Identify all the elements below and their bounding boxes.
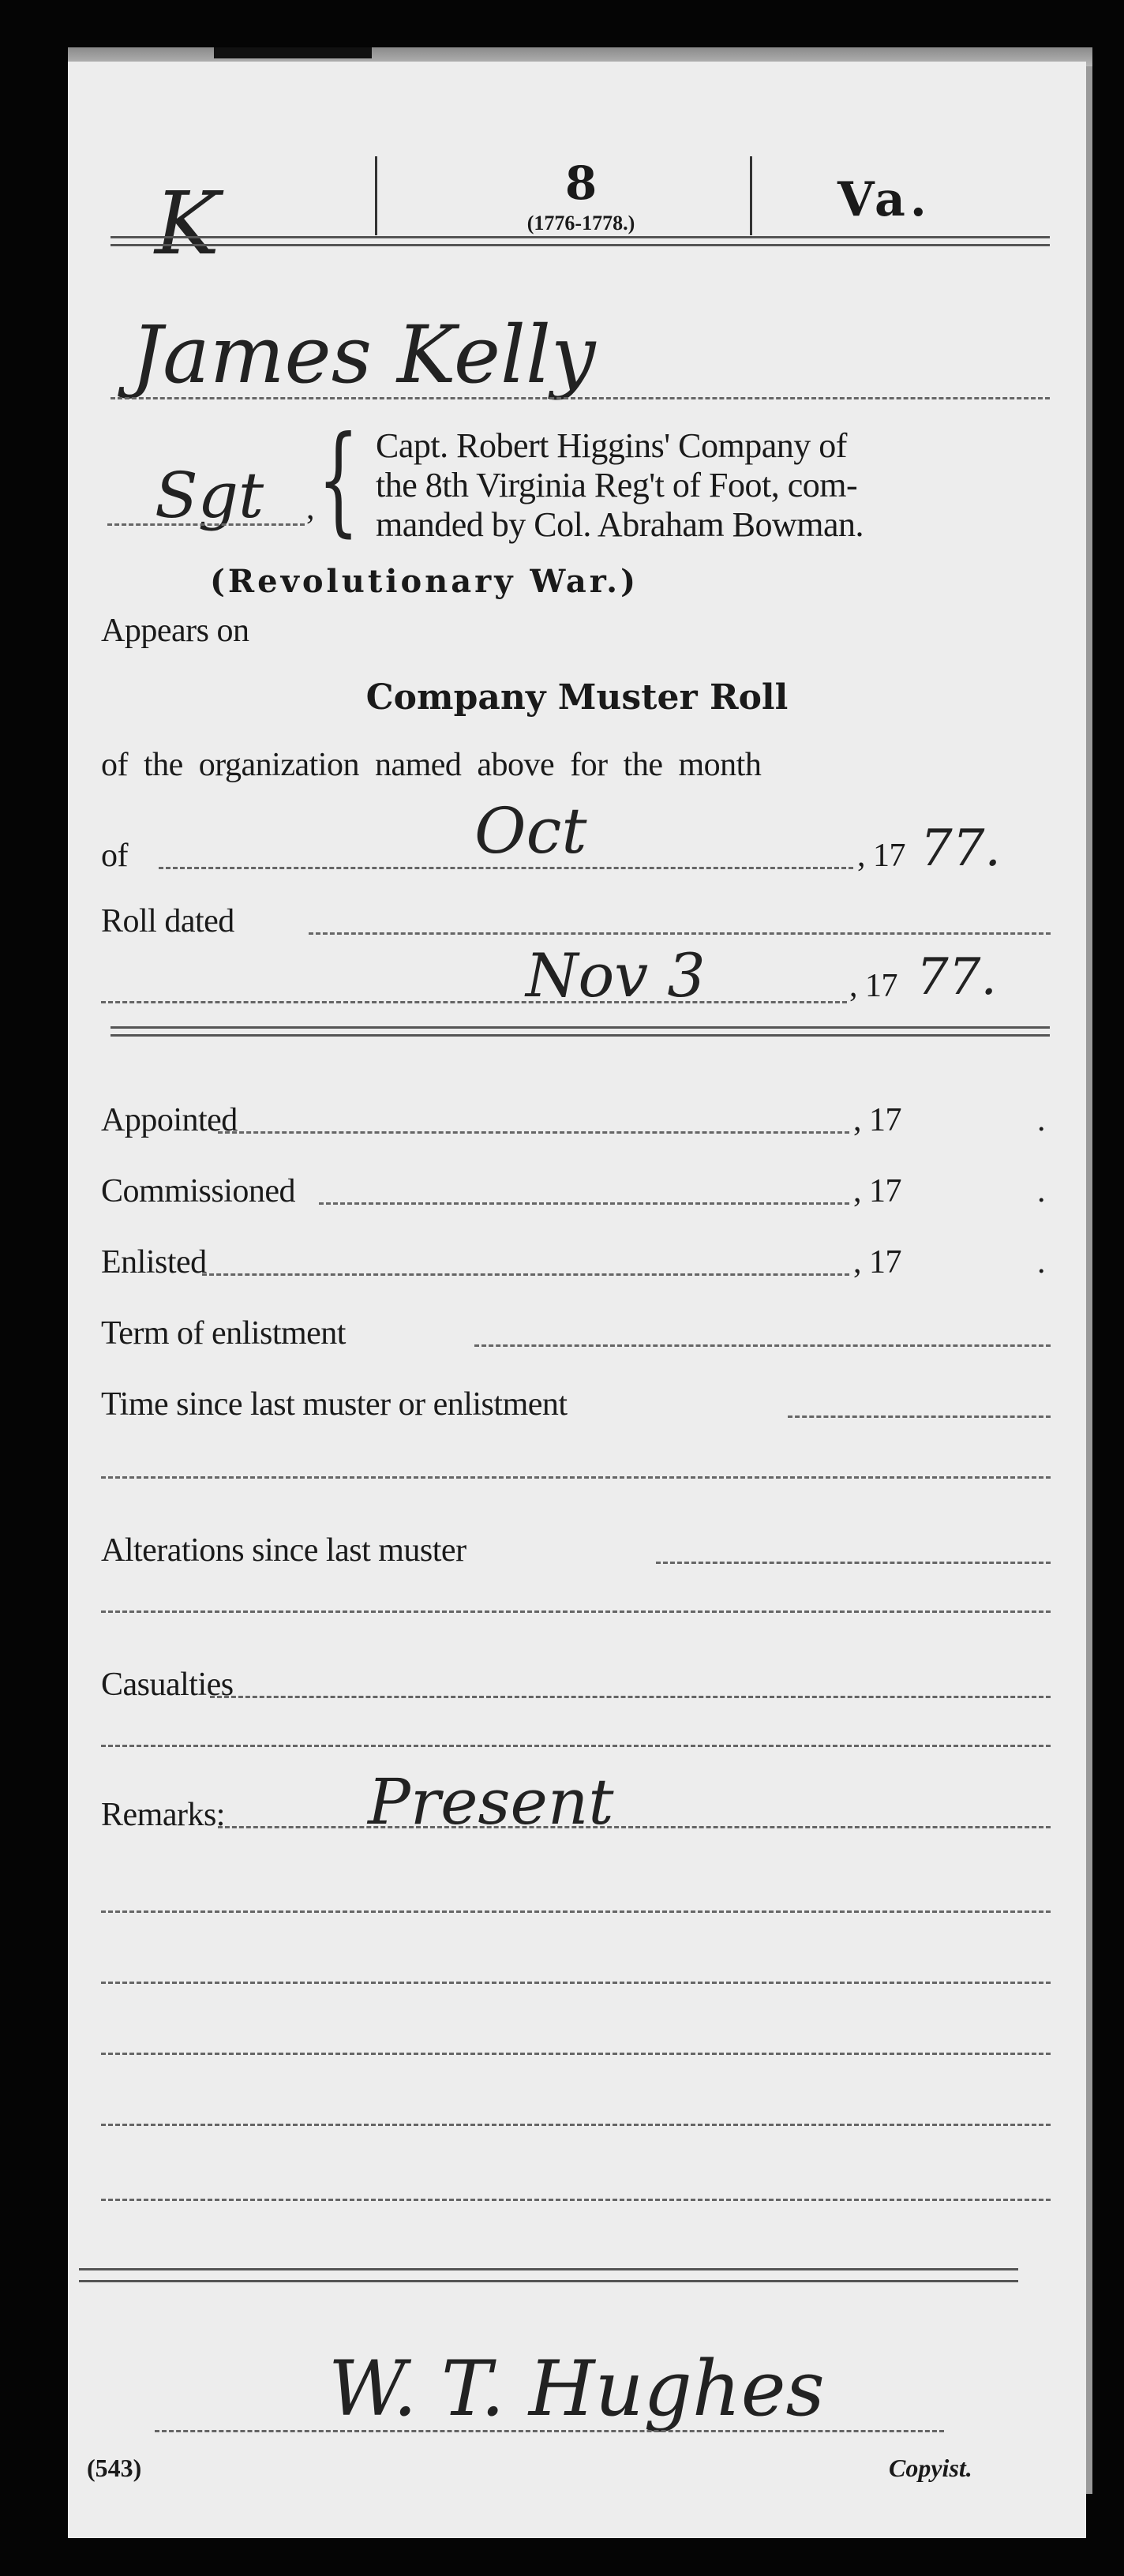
casualties-line-2 bbox=[101, 1745, 1051, 1747]
roll-dated-line-1 bbox=[309, 932, 1051, 935]
muster-roll-card: K 8 (1776-1778.) Va. James Kelly Sgt , {… bbox=[68, 62, 1086, 2538]
remarks-label: Remarks: bbox=[101, 1798, 225, 1832]
soldier-name: James Kelly bbox=[131, 316, 595, 395]
enlisted-label: Enlisted bbox=[101, 1246, 207, 1279]
header-divider-left bbox=[375, 156, 377, 235]
casualties-line bbox=[210, 1696, 1051, 1698]
time-since-muster-label: Time since last muster or enlistment bbox=[101, 1388, 568, 1421]
commissioned-end: . bbox=[1037, 1175, 1045, 1208]
footer-rule-bottom bbox=[79, 2280, 1018, 2282]
appointed-label: Appointed bbox=[101, 1104, 238, 1137]
mid-rule-top bbox=[111, 1026, 1050, 1029]
commissioned-line bbox=[319, 1202, 849, 1205]
scan-tear bbox=[214, 47, 372, 58]
roll-year-prefix: , 17 bbox=[849, 969, 897, 1003]
war-label: (Revolutionary War.) bbox=[210, 563, 639, 600]
organization-month-text: of the organization named above for the … bbox=[101, 748, 761, 782]
month-year-prefix: , 17 bbox=[857, 839, 905, 872]
organization-brace: { bbox=[317, 421, 358, 539]
signature-line bbox=[155, 2430, 944, 2432]
state-abbrev: Va. bbox=[837, 172, 931, 227]
time-since-line bbox=[788, 1415, 1051, 1418]
appointed-year: , 17 bbox=[853, 1104, 901, 1137]
organization-line-2: the 8th Virginia Reg't of Foot, com- bbox=[376, 468, 857, 503]
enlisted-line bbox=[202, 1273, 849, 1276]
term-of-enlistment-label: Term of enlistment bbox=[101, 1317, 346, 1350]
appointed-end: . bbox=[1037, 1104, 1045, 1137]
regiment-number: 8 bbox=[478, 156, 684, 210]
rank-line bbox=[107, 523, 305, 526]
remarks-value: Present bbox=[368, 1771, 613, 1834]
copyist-signature: W. T. Hughes bbox=[328, 2351, 825, 2427]
roll-date-value: Nov 3 bbox=[526, 946, 706, 1006]
header-rule-top bbox=[111, 236, 1050, 238]
regiment-years: (1776-1778.) bbox=[478, 212, 684, 235]
month-year-suffix: 77. bbox=[920, 823, 1001, 874]
roll-dated-label: Roll dated bbox=[101, 905, 234, 938]
term-line bbox=[474, 1344, 1051, 1347]
name-line bbox=[111, 397, 1050, 399]
time-since-line-2 bbox=[101, 1476, 1051, 1479]
index-initial: K bbox=[155, 180, 219, 267]
month-of-label: of bbox=[101, 839, 128, 872]
alterations-line bbox=[656, 1562, 1051, 1564]
commissioned-year: , 17 bbox=[853, 1175, 901, 1208]
organization-line-3: manded by Col. Abraham Bowman. bbox=[376, 508, 864, 542]
copyist-label: Copyist. bbox=[889, 2454, 972, 2483]
month-value: Oct bbox=[474, 800, 587, 863]
appears-on-label: Appears on bbox=[101, 614, 249, 647]
remarks-line-4 bbox=[101, 2053, 1051, 2055]
soldier-rank: Sgt bbox=[155, 464, 264, 527]
remarks-line-6 bbox=[101, 2199, 1051, 2201]
commissioned-label: Commissioned bbox=[101, 1175, 295, 1208]
roll-type-title: Company Muster Roll bbox=[68, 677, 1086, 718]
header-rule-bottom bbox=[111, 244, 1050, 246]
remarks-line-5 bbox=[101, 2124, 1051, 2126]
enlisted-year: , 17 bbox=[853, 1246, 901, 1279]
footer-rule-top bbox=[79, 2268, 1018, 2270]
appointed-line bbox=[218, 1131, 849, 1134]
alterations-label: Alterations since last muster bbox=[101, 1534, 466, 1567]
form-number: (543) bbox=[87, 2454, 141, 2483]
organization-line-1: Capt. Robert Higgins' Company of bbox=[376, 429, 847, 463]
remarks-line-2 bbox=[101, 1910, 1051, 1913]
roll-year-suffix: 77. bbox=[916, 952, 997, 1003]
rank-comma: , bbox=[306, 492, 314, 525]
enlisted-end: . bbox=[1037, 1246, 1045, 1279]
alterations-line-2 bbox=[101, 1610, 1051, 1613]
roll-dated-line-2 bbox=[101, 1001, 847, 1003]
header-divider-right bbox=[750, 156, 752, 235]
remarks-line-3 bbox=[101, 1982, 1051, 1984]
mid-rule-bottom bbox=[111, 1034, 1050, 1037]
remarks-line bbox=[218, 1826, 1051, 1828]
